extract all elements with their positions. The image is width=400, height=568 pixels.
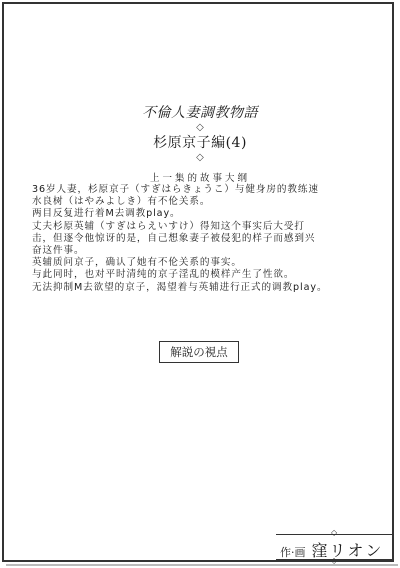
synopsis-line: 奋这件事。 — [32, 245, 382, 257]
diamond-separator-icon: ◇ — [0, 122, 400, 134]
series-title: 不倫人妻調教物語 — [0, 104, 400, 122]
synopsis-line: 与此同时，也对平时清纯的京子淫乱的模样产生了性欲。 — [32, 269, 382, 281]
chapter-title: 杉原京子編(4) — [0, 134, 400, 152]
author-credit: ◇ 作·画 窪リオン ◇ — [276, 534, 394, 560]
synopsis-text: 36岁人妻，杉原京子（すぎはらきょうこ）与健身房的教练速 水良树（はやみよしき）… — [32, 184, 382, 294]
synopsis-line: 36岁人妻，杉原京子（すぎはらきょうこ）与健身房的教练速 — [32, 184, 382, 196]
synopsis-line: 丈夫杉原英辅（すぎはらえいすけ）得知这个事实后大受打 — [32, 221, 382, 233]
synopsis-heading: 上一集的故事大纲 — [0, 170, 400, 184]
diamond-separator-icon: ◇ — [0, 152, 400, 164]
synopsis-line: 两目反复进行着M去调教play。 — [32, 208, 382, 220]
commentary-viewpoint-button[interactable]: 解説の視点 — [159, 341, 239, 363]
diamond-ornament-icon: ◇ — [331, 529, 337, 537]
title-block: 不倫人妻調教物語 ◇ 杉原京子編(4) ◇ — [0, 104, 400, 164]
synopsis-line: 无法抑制M去欲望的京子，渴望着与英辅进行正式的调教play。 — [32, 282, 382, 294]
synopsis-line: 水良树（はやみよしき）有不伦关系。 — [32, 196, 382, 208]
credit-role: 作·画 — [280, 544, 306, 560]
synopsis-line: 击，但逐令他惊讶的是，自己想象妻子被侵犯的样子而感到兴 — [32, 233, 382, 245]
diamond-ornament-icon: ◇ — [331, 557, 337, 565]
page-shadow — [6, 564, 398, 566]
author-name: 窪リオン — [312, 538, 384, 561]
synopsis-line: 英辅质问京子，确认了她有不伦关系的事实。 — [32, 257, 382, 269]
